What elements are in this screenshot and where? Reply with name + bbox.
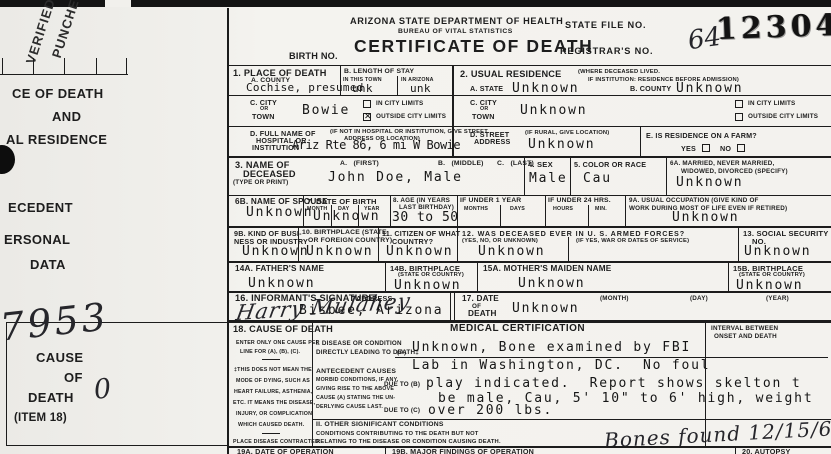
outside-city-limits-checkbox xyxy=(363,113,371,121)
grid-line xyxy=(397,76,398,95)
father-name-label: 14A. FATHER'S NAME xyxy=(235,265,324,273)
informant-address-value: Bisbee, Arizona xyxy=(299,304,443,319)
grid-line xyxy=(0,74,128,75)
grid-line xyxy=(340,66,341,95)
cause-a-line-2: Lab in Washington, DC. No foul xyxy=(412,359,710,374)
cause-note-9: PLACE DISEASE CONTRACTED. xyxy=(233,440,321,445)
grid-line xyxy=(298,227,299,261)
antecedent-label-5: DERLYING CAUSE LAST. xyxy=(316,405,383,410)
registrar-label: REGISTRAR'S NO. xyxy=(560,47,653,56)
grid-line xyxy=(390,196,391,226)
under-24-min-label: MIN. xyxy=(595,207,607,212)
grid-line xyxy=(64,58,65,74)
color-race-label: 5. COLOR OR RACE xyxy=(574,161,646,168)
interval-label-2: ONSET AND DEATH xyxy=(714,334,777,340)
other-conditions-label-2: CONDITIONS CONTRIBUTING TO THE DEATH BUT… xyxy=(316,432,479,438)
city-value: Bowie xyxy=(302,104,350,119)
date-of-operation-label: 19A. DATE OF OPERATION xyxy=(237,448,334,454)
handwritten-item-value: 0 xyxy=(93,375,113,404)
stay-town-value: unk xyxy=(352,83,373,96)
cause-note-2: LINE FOR (A), (B), (C). xyxy=(240,350,300,355)
name-middle-column-label: B. (MIDDLE) xyxy=(438,161,484,168)
date-of-death-label-3: DEATH xyxy=(468,310,497,318)
handwritten-code: 7953 xyxy=(0,297,110,346)
institution-note-1: (IF NOT IN HOSPITAL OR INSTITUTION, GIVE… xyxy=(330,130,488,136)
scan-top-edge xyxy=(0,0,831,7)
margin-label-place-2: AND xyxy=(52,110,81,123)
grid-line xyxy=(705,322,706,446)
street-address-value: Unknown xyxy=(528,138,595,153)
cause-c-line: over 200 lbs. xyxy=(428,404,553,419)
medical-certification-title: MEDICAL CERTIFICATION xyxy=(450,324,585,334)
name-first-column-label: A. (FIRST) xyxy=(340,161,379,168)
grid-line xyxy=(524,157,525,195)
mother-name-value: Unknown xyxy=(518,277,585,292)
armed-forces-note-2: (IF YES, WAR OR DATES OF SERVICE) xyxy=(576,239,689,245)
grid-line xyxy=(228,291,831,293)
birthplace-value: Unknown xyxy=(306,245,373,260)
grid-line xyxy=(450,292,451,320)
farm-question-label: E. IS RESIDENCE ON A FARM? xyxy=(646,132,757,139)
grid-line xyxy=(262,359,280,360)
under-1-year-label: IF UNDER 1 YEAR xyxy=(460,198,521,205)
cause-of-death-title: 18. CAUSE OF DEATH xyxy=(233,325,333,334)
grid-line xyxy=(666,157,667,195)
margin-cause-4: (ITEM 18) xyxy=(14,413,67,425)
hole-punch-mark xyxy=(0,145,15,174)
grid-line xyxy=(303,196,304,226)
margin-label-decedent: ECEDENT xyxy=(8,201,73,214)
antecedent-label-1: ANTECEDENT CAUSES xyxy=(316,369,396,376)
farm-yes-label: YES xyxy=(681,145,696,152)
grid-line xyxy=(385,262,386,291)
margin-cause-1: CAUSE xyxy=(36,351,84,364)
color-race-value: Cau xyxy=(583,172,612,187)
usual-residence-note-1: (WHERE DECEASED LIVED. xyxy=(578,70,660,76)
deceased-name-value: John Doe, Male xyxy=(328,171,463,186)
under-1-year-days-label: DAYS xyxy=(510,207,525,212)
date-of-death-label-1: 17. DATE xyxy=(462,295,499,303)
armed-forces-value: Unknown xyxy=(478,245,545,260)
under-1-year-months-label: MONTHS xyxy=(464,207,488,212)
grid-line xyxy=(96,58,97,74)
grid-line xyxy=(588,205,589,226)
father-name-value: Unknown xyxy=(248,277,315,292)
marital-status-value: Unknown xyxy=(676,176,743,191)
grid-line xyxy=(228,320,831,323)
other-conditions-label-3: RELATING TO THE DISEASE OR CONDITION CAU… xyxy=(316,440,501,446)
residence-outside-city-checkbox xyxy=(735,113,743,121)
cause-note-7: INJURY, OR COMPLICATION xyxy=(236,412,312,417)
autopsy-label: 20. AUTOPSY xyxy=(742,448,791,454)
disease-condition-label-1: I. DISEASE OR CONDITION xyxy=(316,341,402,347)
grid-line xyxy=(735,446,736,454)
grid-line xyxy=(500,205,501,226)
due-to-c-label: DUE TO (C) xyxy=(384,408,420,414)
grid-line xyxy=(378,227,379,261)
grid-line xyxy=(358,205,359,226)
birthplace-label-1: 10. BIRTHPLACE (STATE xyxy=(302,230,387,237)
grid-line xyxy=(625,196,626,226)
name-of-deceased-label-3: (TYPE OR PRINT) xyxy=(233,180,288,186)
grid-line xyxy=(2,58,3,74)
grid-line xyxy=(262,433,280,434)
cause-a-line-1: Unknown, Bone examined by FBI xyxy=(412,341,691,356)
grid-line xyxy=(568,237,569,261)
grid-line xyxy=(228,156,831,158)
sex-label: 4. SEX xyxy=(528,161,553,169)
grid-line xyxy=(126,58,127,74)
city-label-town: TOWN xyxy=(252,113,275,120)
date-of-birth-value: Unknown xyxy=(313,210,380,225)
date-of-birth-label: 7. DATE OF BIRTH xyxy=(307,198,377,206)
stay-arizona-value: unk xyxy=(410,83,431,96)
farm-yes-checkbox xyxy=(702,144,710,152)
cause-a-label: (A) xyxy=(397,350,406,356)
grid-line xyxy=(728,262,729,291)
interval-label-1: INTERVAL BETWEEN xyxy=(711,326,778,332)
grid-line xyxy=(228,226,831,228)
grid-line xyxy=(452,66,454,156)
residence-city-label-town: TOWN xyxy=(472,113,495,120)
occupation-label-1: 9A. USUAL OCCUPATION (GIVE KIND OF xyxy=(629,198,759,204)
grid-line xyxy=(640,127,641,156)
department-title: ARIZONA STATE DEPARTMENT OF HEALTH xyxy=(350,17,563,26)
occupation-value: Unknown xyxy=(672,211,739,226)
street-address-label-2: ADDRESS xyxy=(474,138,511,145)
farm-no-label: NO xyxy=(720,145,731,152)
date-of-death-value: Unknown xyxy=(512,302,579,317)
margin-label-place-1: CE OF DEATH xyxy=(12,87,104,100)
cause-note-3: ‡THIS DOES NOT MEAN THE xyxy=(234,368,312,373)
margin-label-place-3: AL RESIDENCE xyxy=(6,133,107,146)
registrar-number-handwritten: 64 xyxy=(686,24,722,54)
grid-line xyxy=(228,195,831,196)
death-certificate-scan: VERIFIED PUNCHED CE OF DEATH AND AL RESI… xyxy=(0,0,831,454)
grid-line xyxy=(457,227,458,261)
grid-line xyxy=(227,8,229,454)
citizen-value: Unknown xyxy=(386,245,453,260)
county-value: Cochise, presumed xyxy=(246,82,364,95)
grid-line xyxy=(331,205,332,226)
ssn-value: Unknown xyxy=(744,245,811,260)
outside-city-limits-label: OUTSIDE CITY LIMITS xyxy=(376,114,446,120)
state-file-label: STATE FILE NO. xyxy=(565,21,646,30)
length-of-stay-title: B. LENGTH OF STAY xyxy=(344,69,414,76)
cause-note-6: ETC. IT MEANS THE DISEASE, xyxy=(233,401,315,406)
death-month-label: (MONTH) xyxy=(600,296,629,302)
grid-line xyxy=(228,95,831,96)
grid-line xyxy=(454,292,455,320)
antecedent-label-4: CAUSE (A) STATING THE UN- xyxy=(316,396,395,401)
business-value: Unknown xyxy=(242,245,309,260)
under-24-hrs-label: IF UNDER 24 HRS. xyxy=(548,198,611,205)
residence-outside-city-label: OUTSIDE CITY LIMITS xyxy=(748,114,818,120)
grid-line xyxy=(228,65,831,66)
residence-state-label: A. STATE xyxy=(470,85,503,92)
institution-value: Ariz Rte 86, 6 mi W Bowie xyxy=(292,139,460,153)
death-day-label: (DAY) xyxy=(690,296,708,302)
sex-value: Male xyxy=(529,172,568,187)
death-year-label: (YEAR) xyxy=(766,296,789,302)
due-to-b-label: DUE TO (B) xyxy=(384,382,420,388)
cause-b-line-1: play indicated. Report shows skelton t xyxy=(426,377,801,392)
grid-line xyxy=(33,58,34,74)
usual-residence-title: 2. USUAL RESIDENCE xyxy=(460,70,561,79)
grid-line xyxy=(477,262,478,291)
grid-line xyxy=(395,357,828,358)
grid-line xyxy=(385,446,386,454)
grid-line xyxy=(228,261,831,263)
major-findings-label: 19B. MAJOR FINDINGS OF OPERATION xyxy=(392,448,534,454)
in-city-limits-label: IN CITY LIMITS xyxy=(376,101,423,107)
grid-line xyxy=(545,196,546,226)
margin-cause-3: DEATH xyxy=(28,391,74,404)
margin-label-data: DATA xyxy=(30,258,66,271)
grid-line xyxy=(312,322,313,446)
grid-line xyxy=(228,446,831,448)
mother-name-label: 15A. MOTHER'S MAIDEN NAME xyxy=(483,265,611,273)
age-value: 30 to 50 xyxy=(392,211,459,226)
grid-line xyxy=(570,157,571,195)
scan-top-notch xyxy=(105,0,131,7)
under-24-hours-label: HOURS xyxy=(553,207,573,212)
residence-in-city-checkbox xyxy=(735,100,743,108)
armed-forces-label: 12. WAS DECEASED EVER IN U. S. ARMED FOR… xyxy=(462,230,685,237)
residence-in-city-label: IN CITY LIMITS xyxy=(748,101,795,107)
street-address-note: (IF RURAL, GIVE LOCATION) xyxy=(525,131,609,137)
certificate-title: CERTIFICATE OF DEATH xyxy=(354,38,593,56)
cause-note-8: WHICH CAUSED DEATH. xyxy=(238,423,304,428)
grid-line xyxy=(228,126,831,127)
bureau-subtitle: BUREAU OF VITAL STATISTICS xyxy=(398,29,513,36)
margin-label-personal: ERSONAL xyxy=(4,233,70,246)
other-conditions-label-1: II. OTHER SIGNIFICANT CONDITIONS xyxy=(316,422,444,429)
cause-note-1: ENTER ONLY ONE CAUSE PER xyxy=(236,341,320,346)
birth-no-label: BIRTH NO. xyxy=(289,52,338,61)
name-of-deceased-label-2: DECEASED xyxy=(243,170,296,179)
residence-county-label: B. COUNTY xyxy=(630,85,671,92)
margin-cause-2: OF xyxy=(64,371,83,384)
grid-line xyxy=(312,419,831,420)
farm-no-checkbox xyxy=(737,144,745,152)
marital-status-label-1: 6A. MARRIED, NEVER MARRIED, xyxy=(670,161,774,167)
grid-line xyxy=(738,227,739,261)
in-city-limits-checkbox xyxy=(363,100,371,108)
cause-note-4: MODE OF DYING, SUCH AS xyxy=(236,379,310,384)
antecedent-label-3: GIVING RISE TO THE ABOVE xyxy=(316,387,394,392)
grid-line xyxy=(457,196,458,226)
informant-address-label: ADDRESS xyxy=(356,295,393,302)
cause-note-5: HEART FAILURE, ASTHENIA, xyxy=(234,390,312,395)
residence-city-value: Unknown xyxy=(520,104,587,119)
state-file-number-stamp: 12304 xyxy=(715,8,831,47)
